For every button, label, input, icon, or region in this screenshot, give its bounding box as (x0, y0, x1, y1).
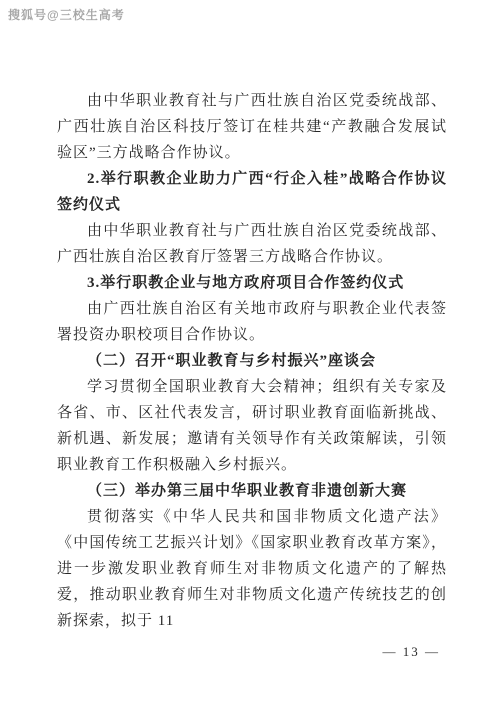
document-page: { "watermark": { "text": "搜狐号@三校生高考" }, … (0, 0, 499, 706)
body-paragraph: 学习贯彻全国职业教育大会精神；组织有关专家及各省、市、区社代表发言，研讨职业教育… (57, 374, 447, 478)
body-paragraph: 由广西壮族自治区有关地市政府与职教企业代表签署投资办职校项目合作协议。 (57, 296, 447, 348)
sohu-watermark: 搜狐号@三校生高考 (8, 6, 125, 23)
document-body: 由中华职业教育社与广西壮族自治区党委统战部、广西壮族自治区科技厅签订在桂共建“产… (57, 88, 447, 634)
page-number: — 13 — (0, 644, 440, 660)
body-paragraph: 由中华职业教育社与广西壮族自治区党委统战部、广西壮族自治区科技厅签订在桂共建“产… (57, 88, 447, 166)
heading-paragraph: 3.举行职教企业与地方政府项目合作签约仪式 (57, 270, 447, 296)
body-paragraph: 贯彻落实《中华人民共和国非物质文化遗产法》《中国传统工艺振兴计划》《国家职业教育… (57, 504, 447, 634)
heading-paragraph: 2.举行职教企业助力广西“行企入桂”战略合作协议签约仪式 (57, 166, 447, 218)
body-paragraph: 由中华职业教育社与广西壮族自治区党委统战部、广西壮族自治区教育厅签署三方战略合作… (57, 218, 447, 270)
heading-paragraph: （二）召开“职业教育与乡村振兴”座谈会 (57, 348, 447, 374)
heading-paragraph: （三）举办第三届中华职业教育非遗创新大赛 (57, 478, 447, 504)
